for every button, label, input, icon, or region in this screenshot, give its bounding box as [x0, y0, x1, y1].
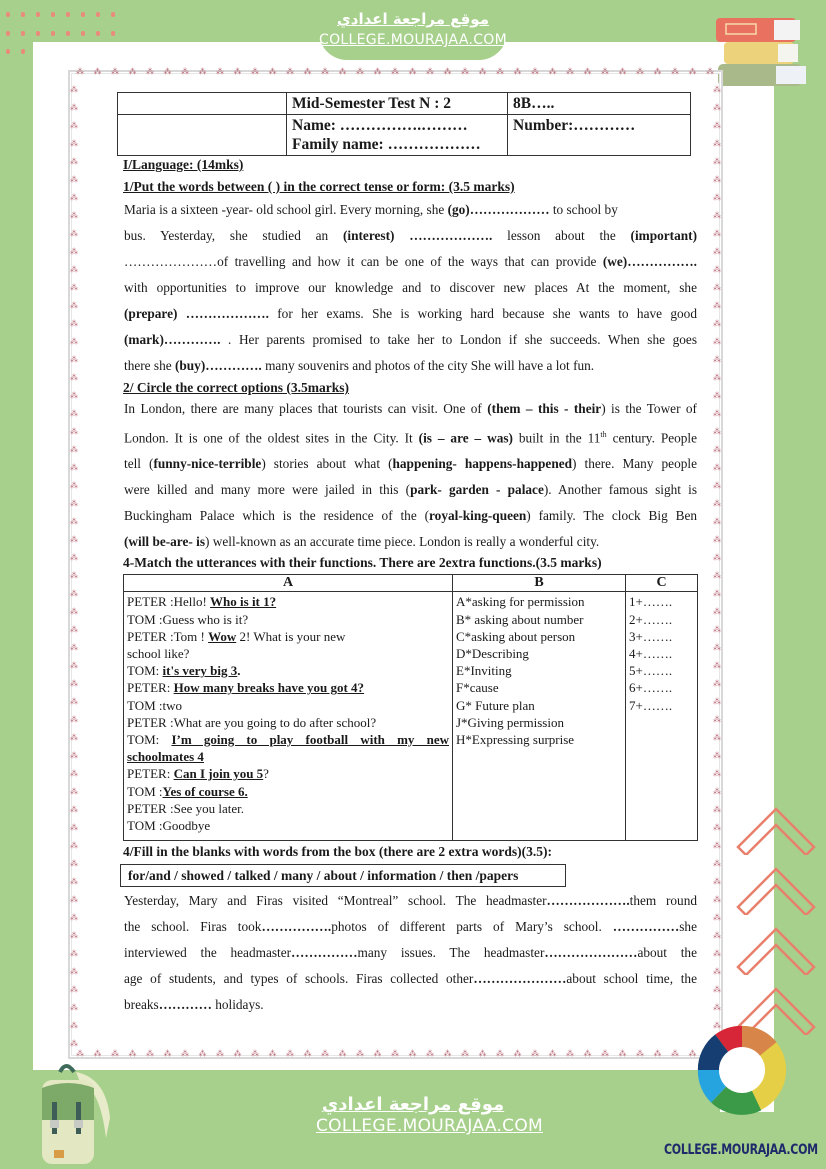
answer-blank[interactable]: 2+…….: [629, 611, 694, 628]
function-option: J*Giving permission: [456, 714, 622, 731]
left-green-stripe: [0, 0, 33, 1169]
dialogue-line: TOM: I’m going to play football with my …: [127, 731, 449, 748]
text-line: …………………of travelling and how it can be o…: [124, 249, 697, 275]
exercise1-title: 1/Put the words between ( ) in the corre…: [123, 179, 691, 195]
answer-blank[interactable]: 1+…….: [629, 593, 694, 610]
logo-cell: [118, 93, 287, 115]
answer-blank[interactable]: 5+…….: [629, 662, 694, 679]
dialogue-line: TOM :two: [127, 697, 449, 714]
text-line: London. It is one of the oldest sites in…: [124, 422, 697, 451]
dialogue-line: schoolmates 4: [127, 748, 449, 765]
text-line: breaks………… holidays.: [124, 992, 697, 1018]
exercise4-text: Yesterday, Mary and Firas visited “Montr…: [124, 888, 697, 1018]
matching-table: A B C PETER :Hello! Who is it 1?TOM :Gue…: [123, 574, 698, 841]
exercise4-title: 4/Fill in the blanks with words from the…: [123, 844, 691, 860]
site-domain-link[interactable]: COLLEGE.MOURAJAA.COM: [316, 1116, 510, 1136]
text-line: interviewed the headmaster……………many issu…: [124, 940, 697, 966]
text-line: were killed and many more were jailed in…: [124, 477, 697, 503]
section-language-heading: I/Language: (14mks): [123, 157, 691, 173]
site-arabic-name: موقع مراجعة اعدادي: [316, 1072, 510, 1116]
text-line: Buckingham Palace which is the residence…: [124, 503, 697, 529]
function-option: H*Expressing surprise: [456, 731, 622, 748]
column-b-header: B: [453, 575, 626, 592]
text-line: In London, there are many places that to…: [124, 396, 697, 422]
dialogue-line: PETER :Hello! Who is it 1?: [127, 593, 449, 610]
chevron-up-icon: [734, 855, 818, 915]
word-box: for/and / showed / talked / many / about…: [120, 864, 566, 887]
dialogue-line: TOM: it's very big 3.: [127, 662, 449, 679]
subjects-wheel-logo: [694, 1022, 790, 1118]
site-domain-link[interactable]: COLLEGE.MOURAJAA.COM: [319, 30, 507, 50]
function-option: G* Future plan: [456, 697, 622, 714]
exercise3-title: 4-Match the utterances with their functi…: [123, 555, 691, 571]
dialogue-line: TOM :Goodbye: [127, 817, 449, 834]
text-line: bus. Yesterday, she studied an (interest…: [124, 223, 697, 249]
text-line: (will be-are- is) well-known as an accur…: [124, 529, 697, 555]
dialogue-line: PETER :What are you going to do after sc…: [127, 714, 449, 731]
chevron-up-icon: [734, 915, 818, 975]
name-field[interactable]: Name: …………….………: [292, 116, 502, 135]
function-option: D*Describing: [456, 645, 622, 662]
function-option: B* asking about number: [456, 611, 622, 628]
exercise2-text: In London, there are many places that to…: [124, 396, 697, 555]
dialogue-line: PETER: How many breaks have you got 4?: [127, 679, 449, 696]
functions-cell: A*asking for permissionB* asking about n…: [453, 592, 626, 841]
site-banner-bottom[interactable]: موقع مراجعة اعدادي COLLEGE.MOURAJAA.COM: [316, 1072, 510, 1169]
number-field[interactable]: Number:…………: [508, 115, 691, 156]
function-option: A*asking for permission: [456, 593, 622, 610]
family-name-field[interactable]: Family name: ………………: [292, 135, 502, 154]
class-field[interactable]: 8B…..: [508, 93, 691, 115]
corner-site-logo[interactable]: COLLEGE.MOURAJAA.COM: [664, 1141, 818, 1158]
site-banner-top[interactable]: موقع مراجعة اعدادي COLLEGE.MOURAJAA.COM: [319, 0, 507, 60]
text-line: (mark)…………. . Her parents promised to ta…: [124, 327, 697, 353]
exam-header-table: Mid-Semester Test N : 2 8B….. Name: ……………: [117, 92, 691, 156]
text-line: Maria is a sixteen -year- old school gir…: [124, 197, 697, 223]
text-line: tell (funny-nice-terrible) stories about…: [124, 451, 697, 477]
name-cell: Name: …………….……… Family name: ………………: [287, 115, 508, 156]
dialogue-cell: PETER :Hello! Who is it 1?TOM :Guess who…: [124, 592, 453, 841]
answer-blank[interactable]: 6+…….: [629, 679, 694, 696]
function-option: F*cause: [456, 679, 622, 696]
site-arabic-name: موقع مراجعة اعدادي: [319, 0, 507, 30]
text-line: the school. Firas took…………….photos of di…: [124, 914, 697, 940]
answers-cell: 1+…….2+…….3+…….4+…….5+…….6+…….7+…….: [626, 592, 698, 841]
test-title: Mid-Semester Test N : 2: [287, 93, 508, 115]
blank-cell: [118, 115, 287, 156]
column-a-header: A: [124, 575, 453, 592]
answer-blank[interactable]: 7+…….: [629, 697, 694, 714]
function-option: E*Inviting: [456, 662, 622, 679]
exam-content: Mid-Semester Test N : 2 8B….. Name: ……………: [117, 92, 691, 1018]
dialogue-line: TOM :Yes of course 6.: [127, 783, 449, 800]
exercise2-title: 2/ Circle the correct options (3.5marks): [123, 380, 691, 396]
chevron-up-icon: [734, 795, 818, 855]
backpack-icon: [40, 1058, 114, 1166]
text-line: age of students, and types of schools. F…: [124, 966, 697, 992]
dialogue-line: TOM :Guess who is it?: [127, 611, 449, 628]
exercise1-text: Maria is a sixteen -year- old school gir…: [124, 197, 697, 379]
text-line: Yesterday, Mary and Firas visited “Montr…: [124, 888, 697, 914]
text-line: there she (buy)…………. many souvenirs and …: [124, 353, 697, 379]
text-line: (prepare) ………………. for her exams. She is …: [124, 301, 697, 327]
function-option: C*asking about person: [456, 628, 622, 645]
text-line: with opportunities to improve our knowle…: [124, 275, 697, 301]
column-c-header: C: [626, 575, 698, 592]
dialogue-line: PETER :Tom ! Wow 2! What is your new: [127, 628, 449, 645]
answer-blank[interactable]: 4+…….: [629, 645, 694, 662]
dialogue-line: PETER :See you later.: [127, 800, 449, 817]
dialogue-line: school like?: [127, 645, 449, 662]
dialogue-line: PETER: Can I join you 5?: [127, 765, 449, 782]
answer-blank[interactable]: 3+…….: [629, 628, 694, 645]
